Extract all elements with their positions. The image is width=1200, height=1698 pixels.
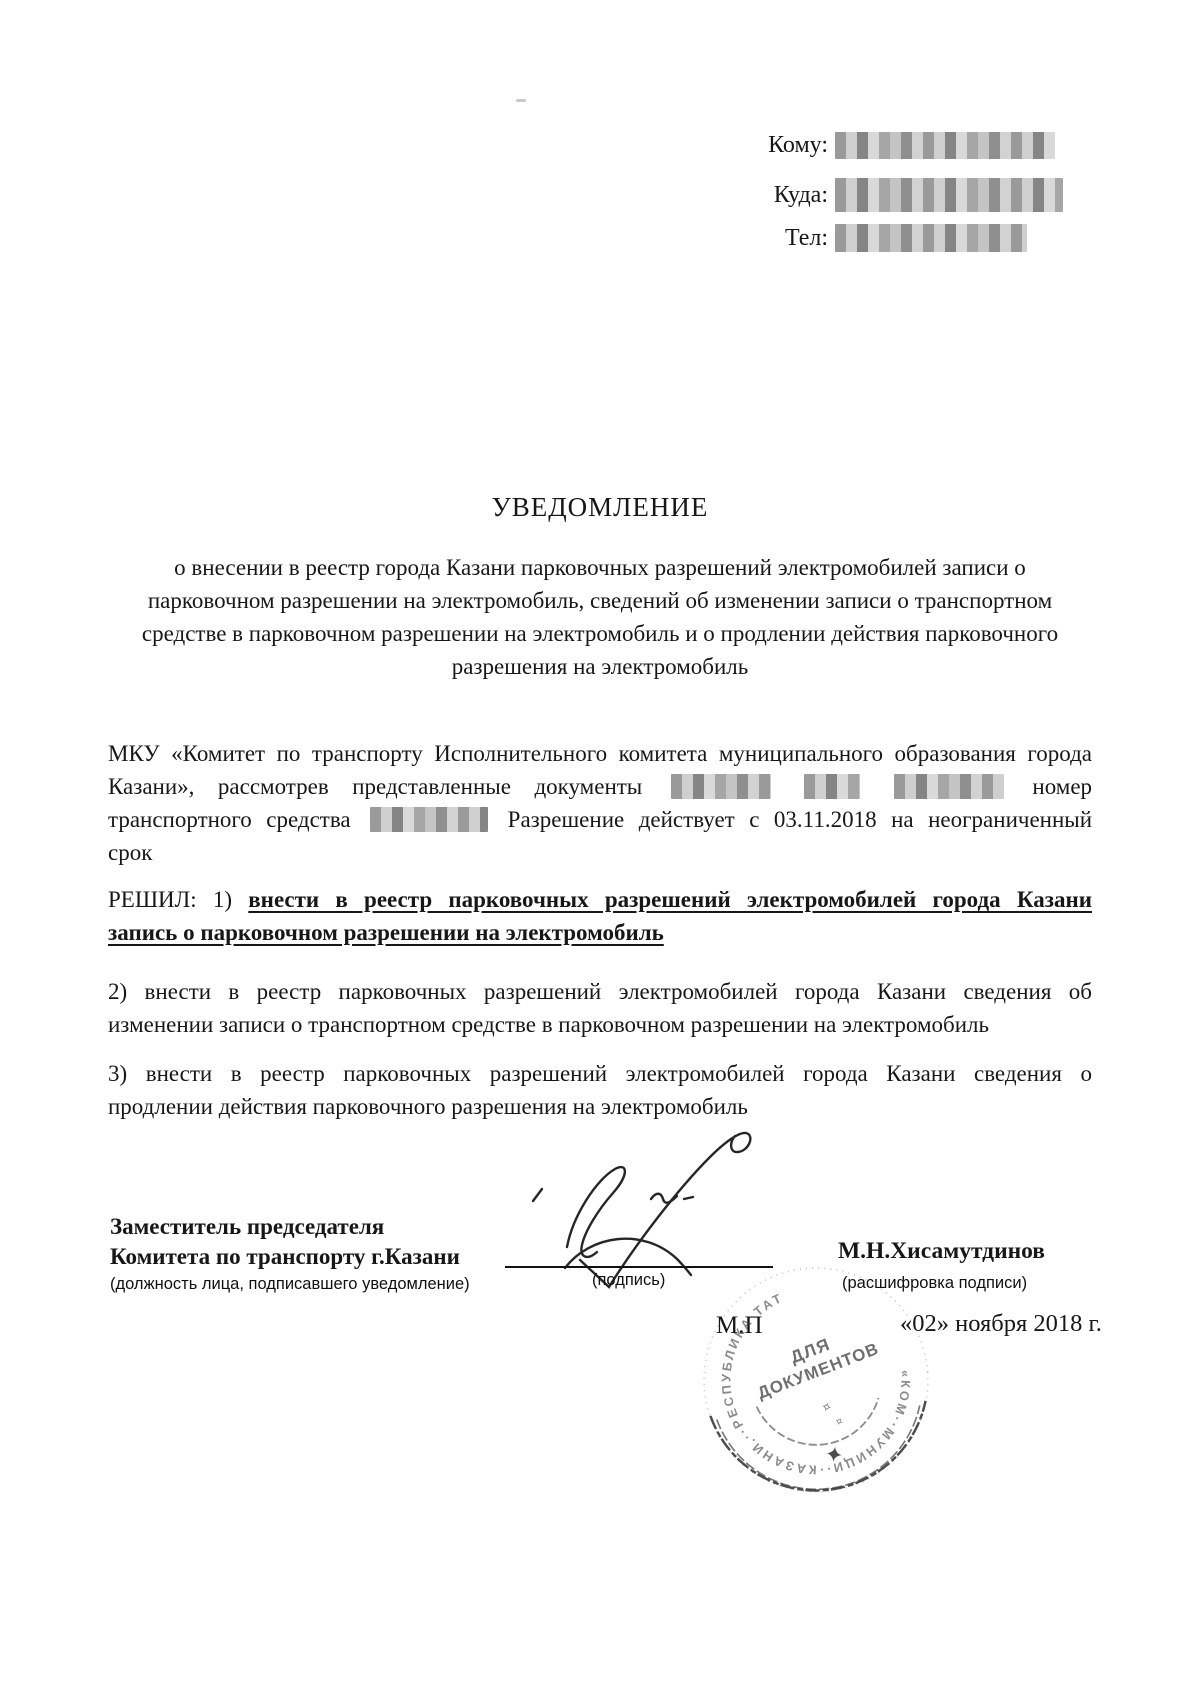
subtitle-line: разрешения на электромобиль <box>108 650 1092 683</box>
signer-position-line-2: Комитета по транспорту г.Казани <box>110 1244 460 1270</box>
redacted-tel-value <box>835 224 1027 252</box>
tel-label: Тел: <box>760 225 828 252</box>
redacted-document-2 <box>804 774 860 799</box>
stamp-diamond-icon: ✧ <box>832 1415 845 1429</box>
body-line-3-end: Разрешение действует с 03.11.2018 на нео… <box>508 807 1092 832</box>
resolution-prefix: РЕШИЛ: 1) <box>108 887 232 912</box>
stamp-center-text: ДЛЯ ДОКУМЕНТОВ <box>747 1318 882 1403</box>
scan-artifact <box>516 99 526 102</box>
stamp-diamond-icon: ✧ <box>819 1399 833 1416</box>
to-label: Кому: <box>760 132 828 159</box>
stamp-ring-text: «КОМ··МУНИЦИ··КАЗАНИ.··РЕСПУБЛИКА ТАТ <box>712 1281 920 1484</box>
document-page: Кому: Куда: Тел: УВЕДОМЛЕНИЕ о внесении … <box>0 0 1200 1698</box>
body-line-3-text: транспортного средства <box>108 807 351 832</box>
signer-position-line-1: Заместитель председателя <box>110 1214 384 1240</box>
item2-paragraph: 2) внести в реестр парковочных разрешени… <box>108 975 1092 1041</box>
round-stamp: «КОМ··МУНИЦИ··КАЗАНИ.··РЕСПУБЛИКА ТАТ ДЛ… <box>698 1262 934 1498</box>
resolution-line-2: запись о парковочном разрешении на элект… <box>108 916 1092 949</box>
header-row-tel: Тел: <box>760 224 1027 252</box>
stamp-inner-arc <box>757 1398 882 1449</box>
body-line-1: МКУ «Комитет по транспорту Исполнительно… <box>108 737 1092 770</box>
subtitle-line: средстве в парковочном разрешении на эле… <box>108 617 1092 650</box>
where-label: Куда: <box>760 182 828 209</box>
redacted-to-value <box>835 132 1055 159</box>
header-row-where: Куда: <box>760 178 1063 212</box>
document-subtitle: о внесении в реестр города Казани парков… <box>108 551 1092 683</box>
subtitle-line: парковочном разрешении на электромобиль,… <box>108 584 1092 617</box>
resolution-paragraph: РЕШИЛ: 1) внести в реестр парковочных ра… <box>108 883 1092 949</box>
signer-name: М.Н.Хисамутдинов <box>838 1238 1045 1265</box>
item2-line-1: 2) внести в реестр парковочных разрешени… <box>108 975 1092 1008</box>
resolution-bold-2: запись о парковочном разрешении на элект… <box>108 920 664 945</box>
redacted-vehicle-number <box>370 807 488 832</box>
stamp-star-icon: ✦ <box>823 1441 845 1468</box>
redacted-document-3 <box>894 774 1004 799</box>
body-line-4: срок <box>108 836 1092 869</box>
item2-line-2: изменении записи о транспортном средстве… <box>108 1008 1092 1041</box>
redacted-document-1 <box>671 774 771 799</box>
subtitle-line: о внесении в реестр города Казани парков… <box>108 551 1092 584</box>
body-line-2-text: Казани», рассмотрев представленные докум… <box>108 774 642 799</box>
body-line-2-end: номер <box>1032 774 1092 799</box>
document-title: УВЕДОМЛЕНИЕ <box>110 492 1090 523</box>
header-row-to: Кому: <box>760 132 1055 159</box>
redacted-where-value <box>835 178 1063 212</box>
position-caption: (должность лица, подписавшего уведомлени… <box>110 1275 470 1294</box>
resolution-line-1: РЕШИЛ: 1) внести в реестр парковочных ра… <box>108 883 1092 916</box>
body-line-3: транспортного средства Разрешение действ… <box>108 803 1092 836</box>
resolution-bold-1: внести в реестр парковочных разрешений э… <box>248 887 1092 912</box>
body-line-2: Казани», рассмотрев представленные докум… <box>108 770 1092 803</box>
body-paragraph: МКУ «Комитет по транспорту Исполнительно… <box>108 737 1092 869</box>
